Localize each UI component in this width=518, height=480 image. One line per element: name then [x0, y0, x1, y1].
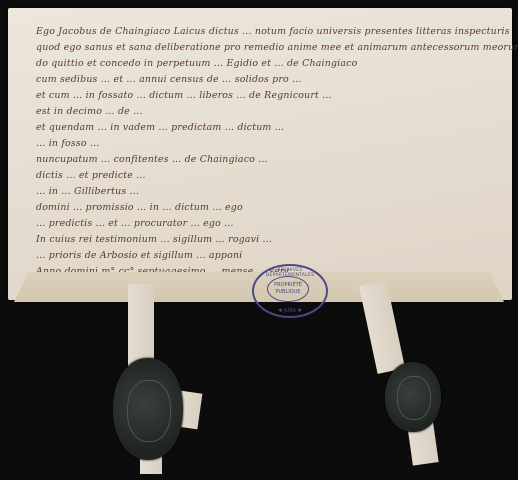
- text-line: et cum ... in fossato ... dictum ... lib…: [36, 90, 332, 101]
- text-line: dictis ... et predicte ...: [36, 170, 146, 181]
- text-line: do quittio et concedo in perpetuum ... E…: [36, 58, 357, 69]
- wax-seal-left: [113, 358, 183, 460]
- text-line: quod ego sanus et sana deliberatione pro…: [36, 42, 518, 53]
- text-line: ... in fosso ...: [36, 138, 99, 149]
- text-line: est in decimo ... de ...: [36, 106, 143, 117]
- charter-text: Ego Jacobus de Chaingiaco Laicus dictus …: [36, 26, 516, 282]
- text-line: nuncupatum ... confitentes ... de Chaing…: [36, 154, 268, 165]
- text-line: domini ... promissio ... in ... dictum .…: [36, 202, 243, 213]
- charter-parchment: Ego Jacobus de Chaingiaco Laicus dictus …: [8, 8, 512, 300]
- stamp-line-2: PUBLIQUE: [268, 289, 308, 296]
- seal-emblem-icon: [127, 380, 171, 442]
- stamp-bottom-text: ✱ JURA ✱: [254, 308, 326, 314]
- text-line: In cuius rei testimonium ... sigillum ..…: [36, 234, 272, 245]
- text-line: et quendam ... in vadem ... predictam ..…: [36, 122, 284, 133]
- text-line: ... prioris de Arbosio et sigillum ... a…: [36, 250, 242, 261]
- wax-seal-right: [385, 362, 441, 432]
- text-line: ... predictis ... et ... procurator ... …: [36, 218, 234, 229]
- stamp-center: PROPRIÉTÉ PUBLIQUE: [267, 276, 309, 302]
- text-line: ... in ... Gillibertus ...: [36, 186, 139, 197]
- stamp-line-1: PROPRIÉTÉ: [268, 282, 308, 289]
- archive-stamp: ARCHIVES DEPARTEMENTALES PROPRIÉTÉ PUBLI…: [252, 264, 328, 318]
- text-line: cum sedibus ... et ... annui census de .…: [36, 74, 302, 85]
- text-line: Ego Jacobus de Chaingiaco Laicus dictus …: [36, 26, 510, 37]
- seal-emblem-icon: [397, 376, 431, 420]
